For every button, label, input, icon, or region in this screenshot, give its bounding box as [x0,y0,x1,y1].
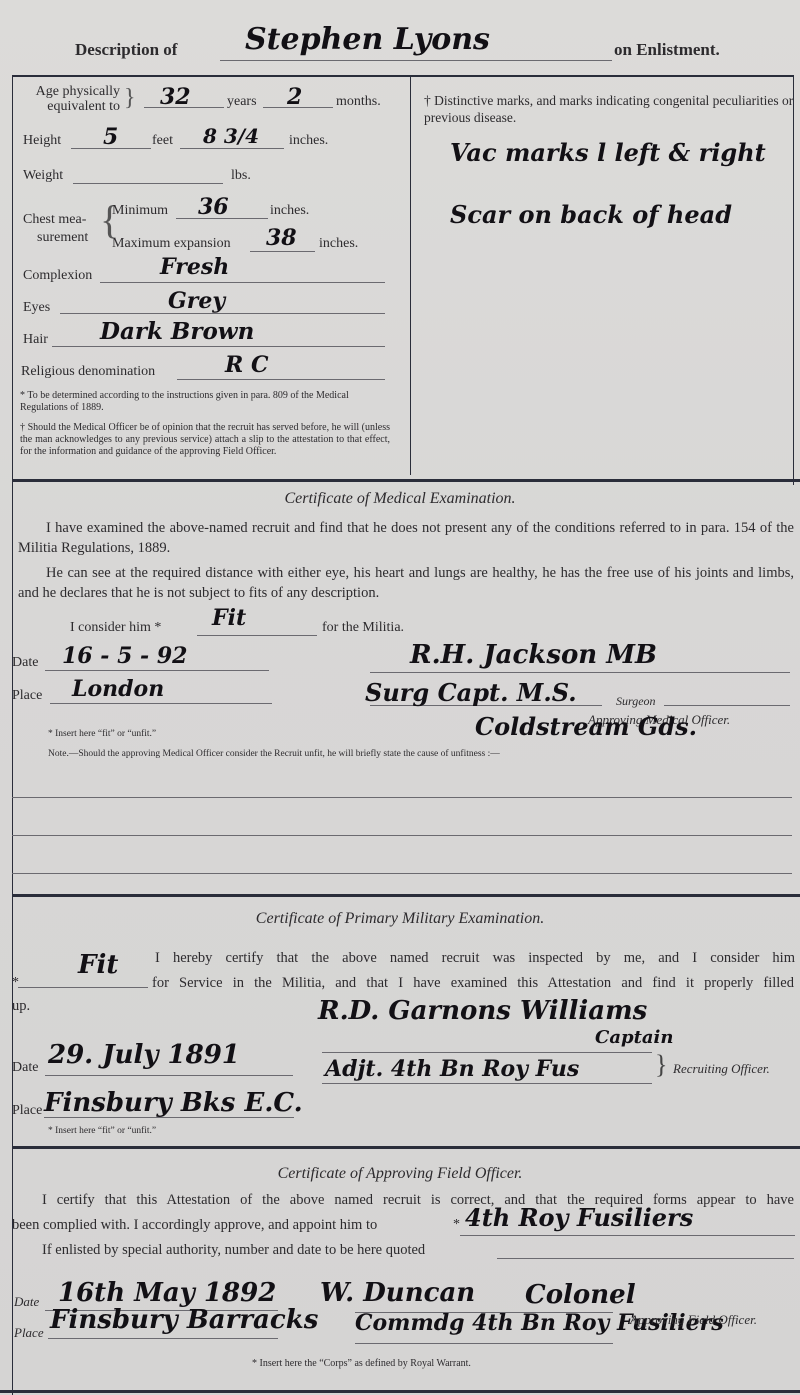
feet-label: feet [152,133,173,149]
primary-asterisk: * [12,975,19,991]
top-box-border [12,75,794,77]
distinctive-marks-line-2: Scar on back of head [450,200,732,229]
hair-value: Dark Brown [100,318,254,345]
medical-officer-regiment: Coldstream Gds. [475,712,697,741]
medical-unfit-note: Note.—Should the approving Medical Offic… [48,748,500,760]
hair-label: Hair [23,332,48,348]
chest-label-1: Chest mea- [23,211,88,229]
unfit-reason-line-1 [12,797,792,798]
appointed-corps-value: 4th Roy Fusiliers [465,1203,693,1232]
medical-officer-signature: R.H. Jackson MB [410,640,657,670]
primary-text-2: for Service in the Militia, and that I h… [152,973,794,993]
complexion-value: Fresh [160,254,229,280]
chest-max-label: Maximum expansion [112,236,231,252]
medical-para-1: I have examined the above-named recruit … [18,518,794,558]
primary-date-value: 29. July 1891 [48,1040,240,1070]
footnote-age: * To be determined according to the inst… [20,390,390,414]
eyes-label: Eyes [23,300,50,316]
months-label: months. [336,94,381,110]
field-officer-text-3: If enlisted by special authority, number… [42,1240,425,1260]
militia-label: for the Militia. [322,620,404,636]
unfit-reason-line-3 [12,873,792,874]
medical-place-label: Place [12,688,42,704]
lbs-label: lbs. [231,168,251,184]
corps-asterisk: * [453,1217,460,1233]
primary-insert-note: * Insert here “fit” or “unfit.” [48,1125,156,1137]
medical-title: Certificate of Medical Examination. [0,490,800,508]
primary-place-label: Place [12,1103,42,1119]
medical-date-label: Date [12,655,38,671]
field-date-value: 16th May 1892 [58,1278,276,1308]
recruiting-officer-unit: Adjt. 4th Bn Roy Fus [325,1056,579,1082]
recruiting-officer-signature: R.D. Garnons Williams [318,996,647,1026]
chest-max-value: 38 [266,225,297,251]
eyes-value: Grey [168,288,225,314]
weight-label: Weight [23,168,63,184]
distinctive-marks-line-1: Vac marks l left & right [450,138,766,167]
primary-place-value: Finsbury Bks E.C. [44,1088,303,1118]
brace: } [124,84,136,112]
corps-note: * Insert here the “Corps” as defined by … [252,1358,471,1370]
name-underline [220,60,612,61]
medical-para-2: He can see at the required distance with… [18,563,794,603]
age-label-1: Age physically [25,84,120,99]
recruit-name: Stephen Lyons [245,22,490,57]
section-divider-3 [12,1146,800,1149]
primary-title: Certificate of Primary Military Examinat… [0,910,800,928]
medical-insert-note: * Insert here “fit” or “unfit.” [48,728,156,740]
years-label: years [227,94,257,110]
medical-fit-value: Fit [212,605,246,631]
left-margin-line [12,75,13,1395]
primary-date-label: Date [12,1060,38,1076]
field-officer-signature: W. Duncan [320,1278,475,1308]
height-feet-value: 5 [103,124,118,150]
section-divider-1 [12,479,800,482]
field-place-label: Place [14,1325,44,1341]
field-officer-text-2: been complied with. I accordingly approv… [12,1215,377,1235]
chest-min-label: Minimum [112,203,168,219]
header-suffix: on Enlistment. [614,40,720,60]
special-authority-line [497,1258,794,1259]
right-border [793,75,794,485]
medical-officer-rank: Surg Capt. M.S. [365,678,577,707]
religion-label: Religious denomination [21,364,155,380]
section-divider-2 [12,894,800,897]
medical-date-value: 16 - 5 - 92 [62,643,187,669]
footnote-service: † Should the Medical Officer be of opini… [20,422,390,458]
age-years-value: 32 [160,84,191,110]
column-divider [410,75,411,475]
recruiting-officer-label: Recruiting Officer. [673,1061,770,1077]
distinctive-marks-label: † Distinctive marks, and marks indicatin… [424,92,794,126]
field-date-label: Date [14,1294,39,1310]
surgeon-label: Surgeon [616,694,656,709]
approving-field-officer-label: Approving Field Officer. [630,1312,757,1328]
primary-text-1: I hereby certify that the above named re… [155,948,795,968]
field-officer-title: Certificate of Approving Field Officer. [0,1165,800,1183]
complexion-label: Complexion [23,268,92,284]
age-label-2: equivalent to [25,99,120,114]
recruiting-brace: } [655,1050,667,1080]
recruiting-officer-rank: Captain [595,1027,673,1048]
field-place-value: Finsbury Barracks [50,1305,318,1335]
chest-min-value: 36 [198,194,229,220]
field-officer-rank: Colonel [525,1280,636,1310]
header-prefix: Description of [75,40,177,60]
enlistment-form-page: Description of Stephen Lyons on Enlistme… [0,0,800,1395]
medical-place-value: London [72,676,164,702]
bottom-border [0,1390,800,1393]
primary-fit-value: Fit [78,950,118,980]
chest-label-2: surement [23,229,88,247]
inches-label: inches. [289,133,328,149]
chest-max-inches: inches. [319,236,358,252]
height-label: Height [23,133,61,149]
primary-text-3: up. [12,996,30,1016]
unfit-reason-line-2 [12,835,792,836]
consider-label: I consider him * [70,620,161,636]
height-inches-value: 8 3/4 [203,124,259,148]
chest-min-inches: inches. [270,203,309,219]
age-months-value: 2 [287,84,302,110]
religion-value: R C [225,352,268,378]
